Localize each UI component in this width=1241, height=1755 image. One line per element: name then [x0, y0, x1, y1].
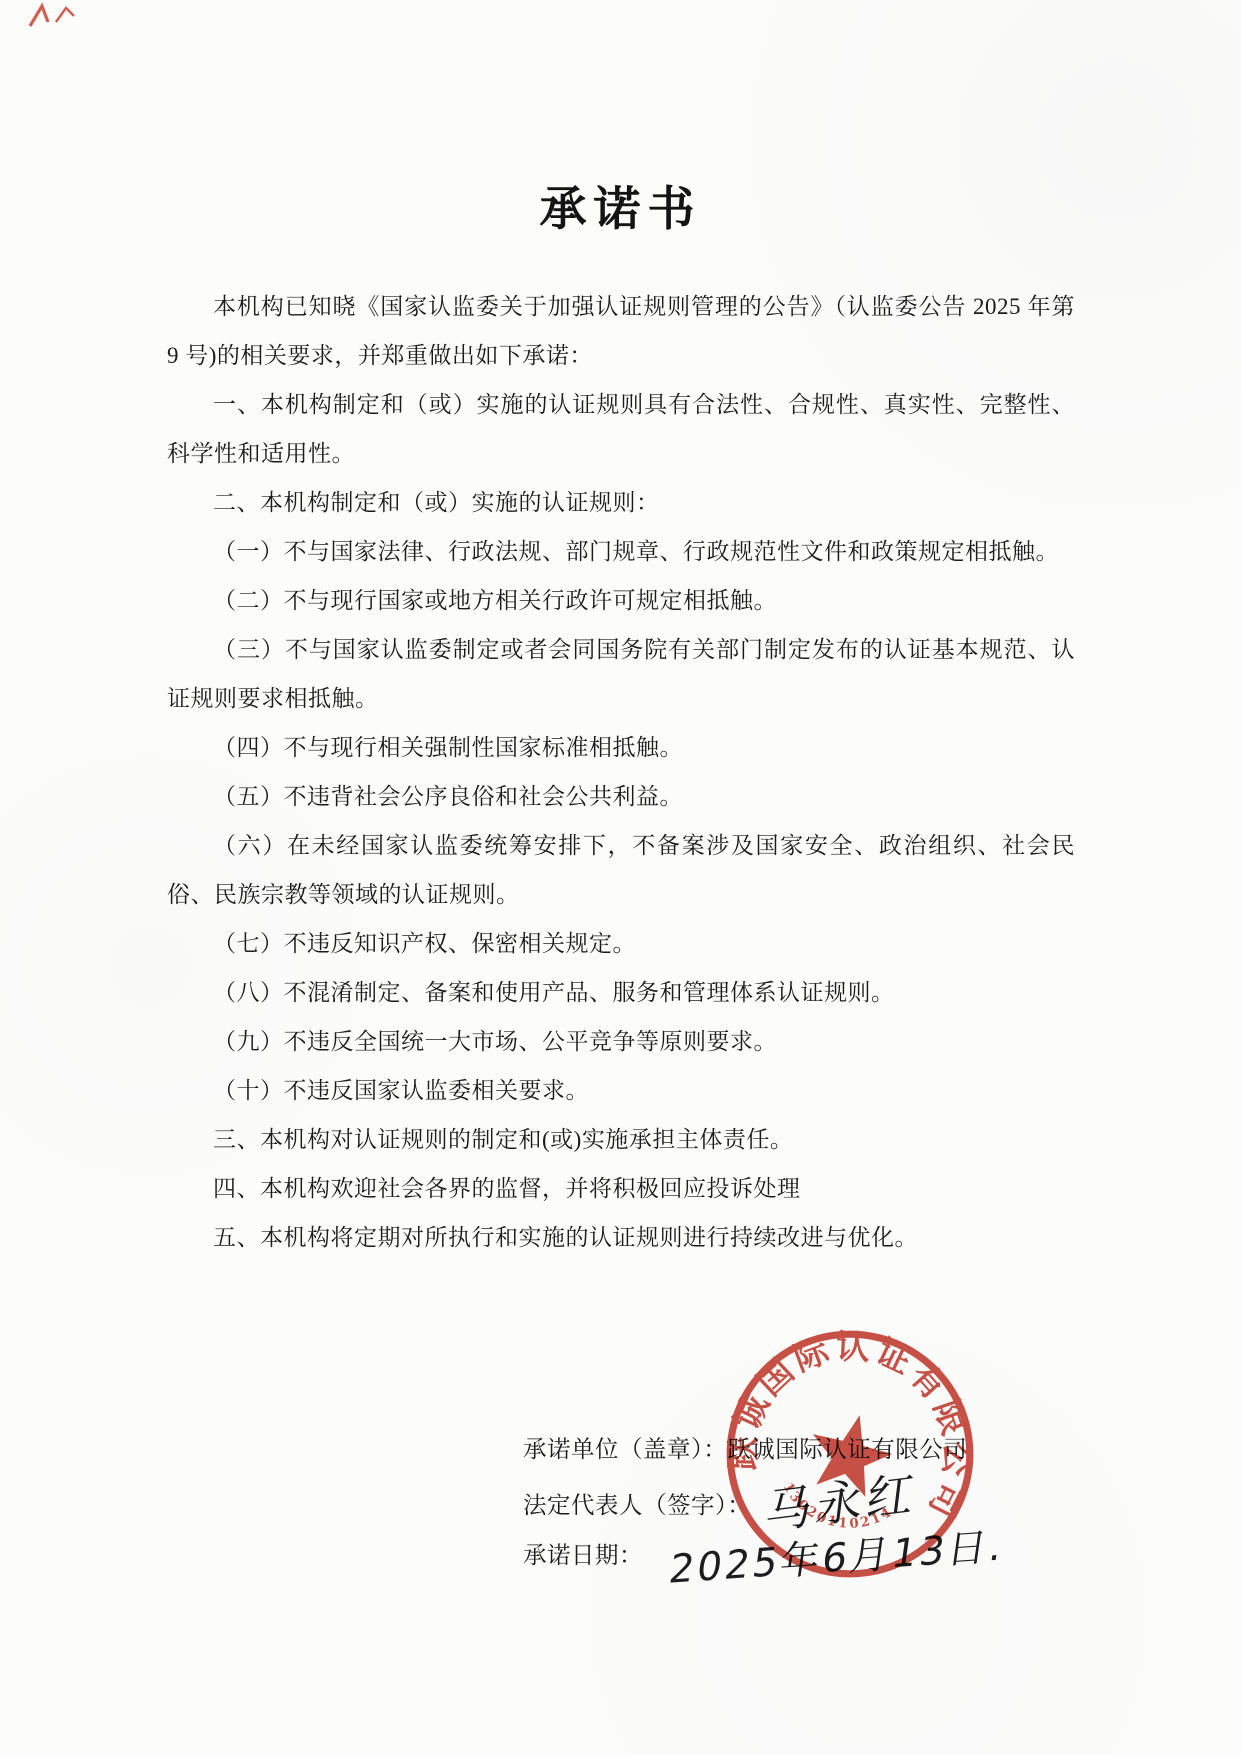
document-title: 承诺书	[0, 172, 1241, 239]
legal-rep-label: 法定代表人（签字）：	[523, 1493, 751, 1519]
intro-paragraph: 本机构已知晓《国家认监委关于加强认证规则管理的公告》（认监委公告 2025 年第…	[167, 282, 1075, 380]
date-line: 承诺日期：2025年6月13日.	[523, 1530, 1143, 1583]
unit-line: 承诺单位（盖章）：跃诚国际认证有限公司	[523, 1424, 1143, 1477]
clause-2-item-9: （九）不违反全国统一大市场、公平竞争等原则要求。	[167, 1017, 1075, 1066]
scanned-commitment-letter: 承诺书 本机构已知晓《国家认监委关于加强认证规则管理的公告》（认监委公告 202…	[0, 0, 1241, 1755]
clause-1: 一、本机构制定和（或）实施的认证规则具有合法性、合规性、真实性、完整性、科学性和…	[167, 380, 1075, 478]
clause-2: 二、本机构制定和（或）实施的认证规则：	[167, 478, 1075, 527]
clause-4: 四、本机构欢迎社会各界的监督，并将积极回应投诉处理	[167, 1164, 1075, 1213]
unit-label: 承诺单位（盖章）：	[523, 1437, 727, 1463]
handwritten-date: 2025年6月13日.	[666, 1520, 1009, 1597]
red-scan-mark	[26, 2, 78, 32]
clause-2-item-7: （七）不违反知识产权、保密相关规定。	[167, 919, 1075, 968]
clause-3: 三、本机构对认证规则的制定和(或)实施承担主体责任。	[167, 1115, 1075, 1164]
signature-block: 承诺单位（盖章）：跃诚国际认证有限公司 法定代表人（签字）：马永红 承诺日期：2…	[523, 1424, 1143, 1583]
legal-rep-line: 法定代表人（签字）：马永红	[523, 1477, 1143, 1530]
clause-2-item-10: （十）不违反国家认监委相关要求。	[167, 1066, 1075, 1115]
clause-2-item-4: （四）不与现行相关强制性国家标准相抵触。	[167, 723, 1075, 772]
document-body: 本机构已知晓《国家认监委关于加强认证规则管理的公告》（认监委公告 2025 年第…	[167, 282, 1075, 1262]
clause-2-item-6: （六）在未经国家认监委统筹安排下，不备案涉及国家安全、政治组织、社会民俗、民族宗…	[167, 821, 1075, 919]
clause-2-item-5: （五）不违背社会公序良俗和社会公共利益。	[167, 772, 1075, 821]
clause-5: 五、本机构将定期对所执行和实施的认证规则进行持续改进与优化。	[167, 1213, 1075, 1262]
date-label: 承诺日期：	[523, 1543, 643, 1569]
clause-2-item-1: （一）不与国家法律、行政法规、部门规章、行政规范性文件和政策规定相抵触。	[167, 527, 1075, 576]
clause-2-item-8: （八）不混淆制定、备案和使用产品、服务和管理体系认证规则。	[167, 968, 1075, 1017]
clause-2-item-3: （三）不与国家认监委制定或者会同国务院有关部门制定发布的认证基本规范、认证规则要…	[167, 625, 1075, 723]
clause-2-item-2: （二）不与现行国家或地方相关行政许可规定相抵触。	[167, 576, 1075, 625]
unit-name: 跃诚国际认证有限公司	[727, 1437, 967, 1463]
